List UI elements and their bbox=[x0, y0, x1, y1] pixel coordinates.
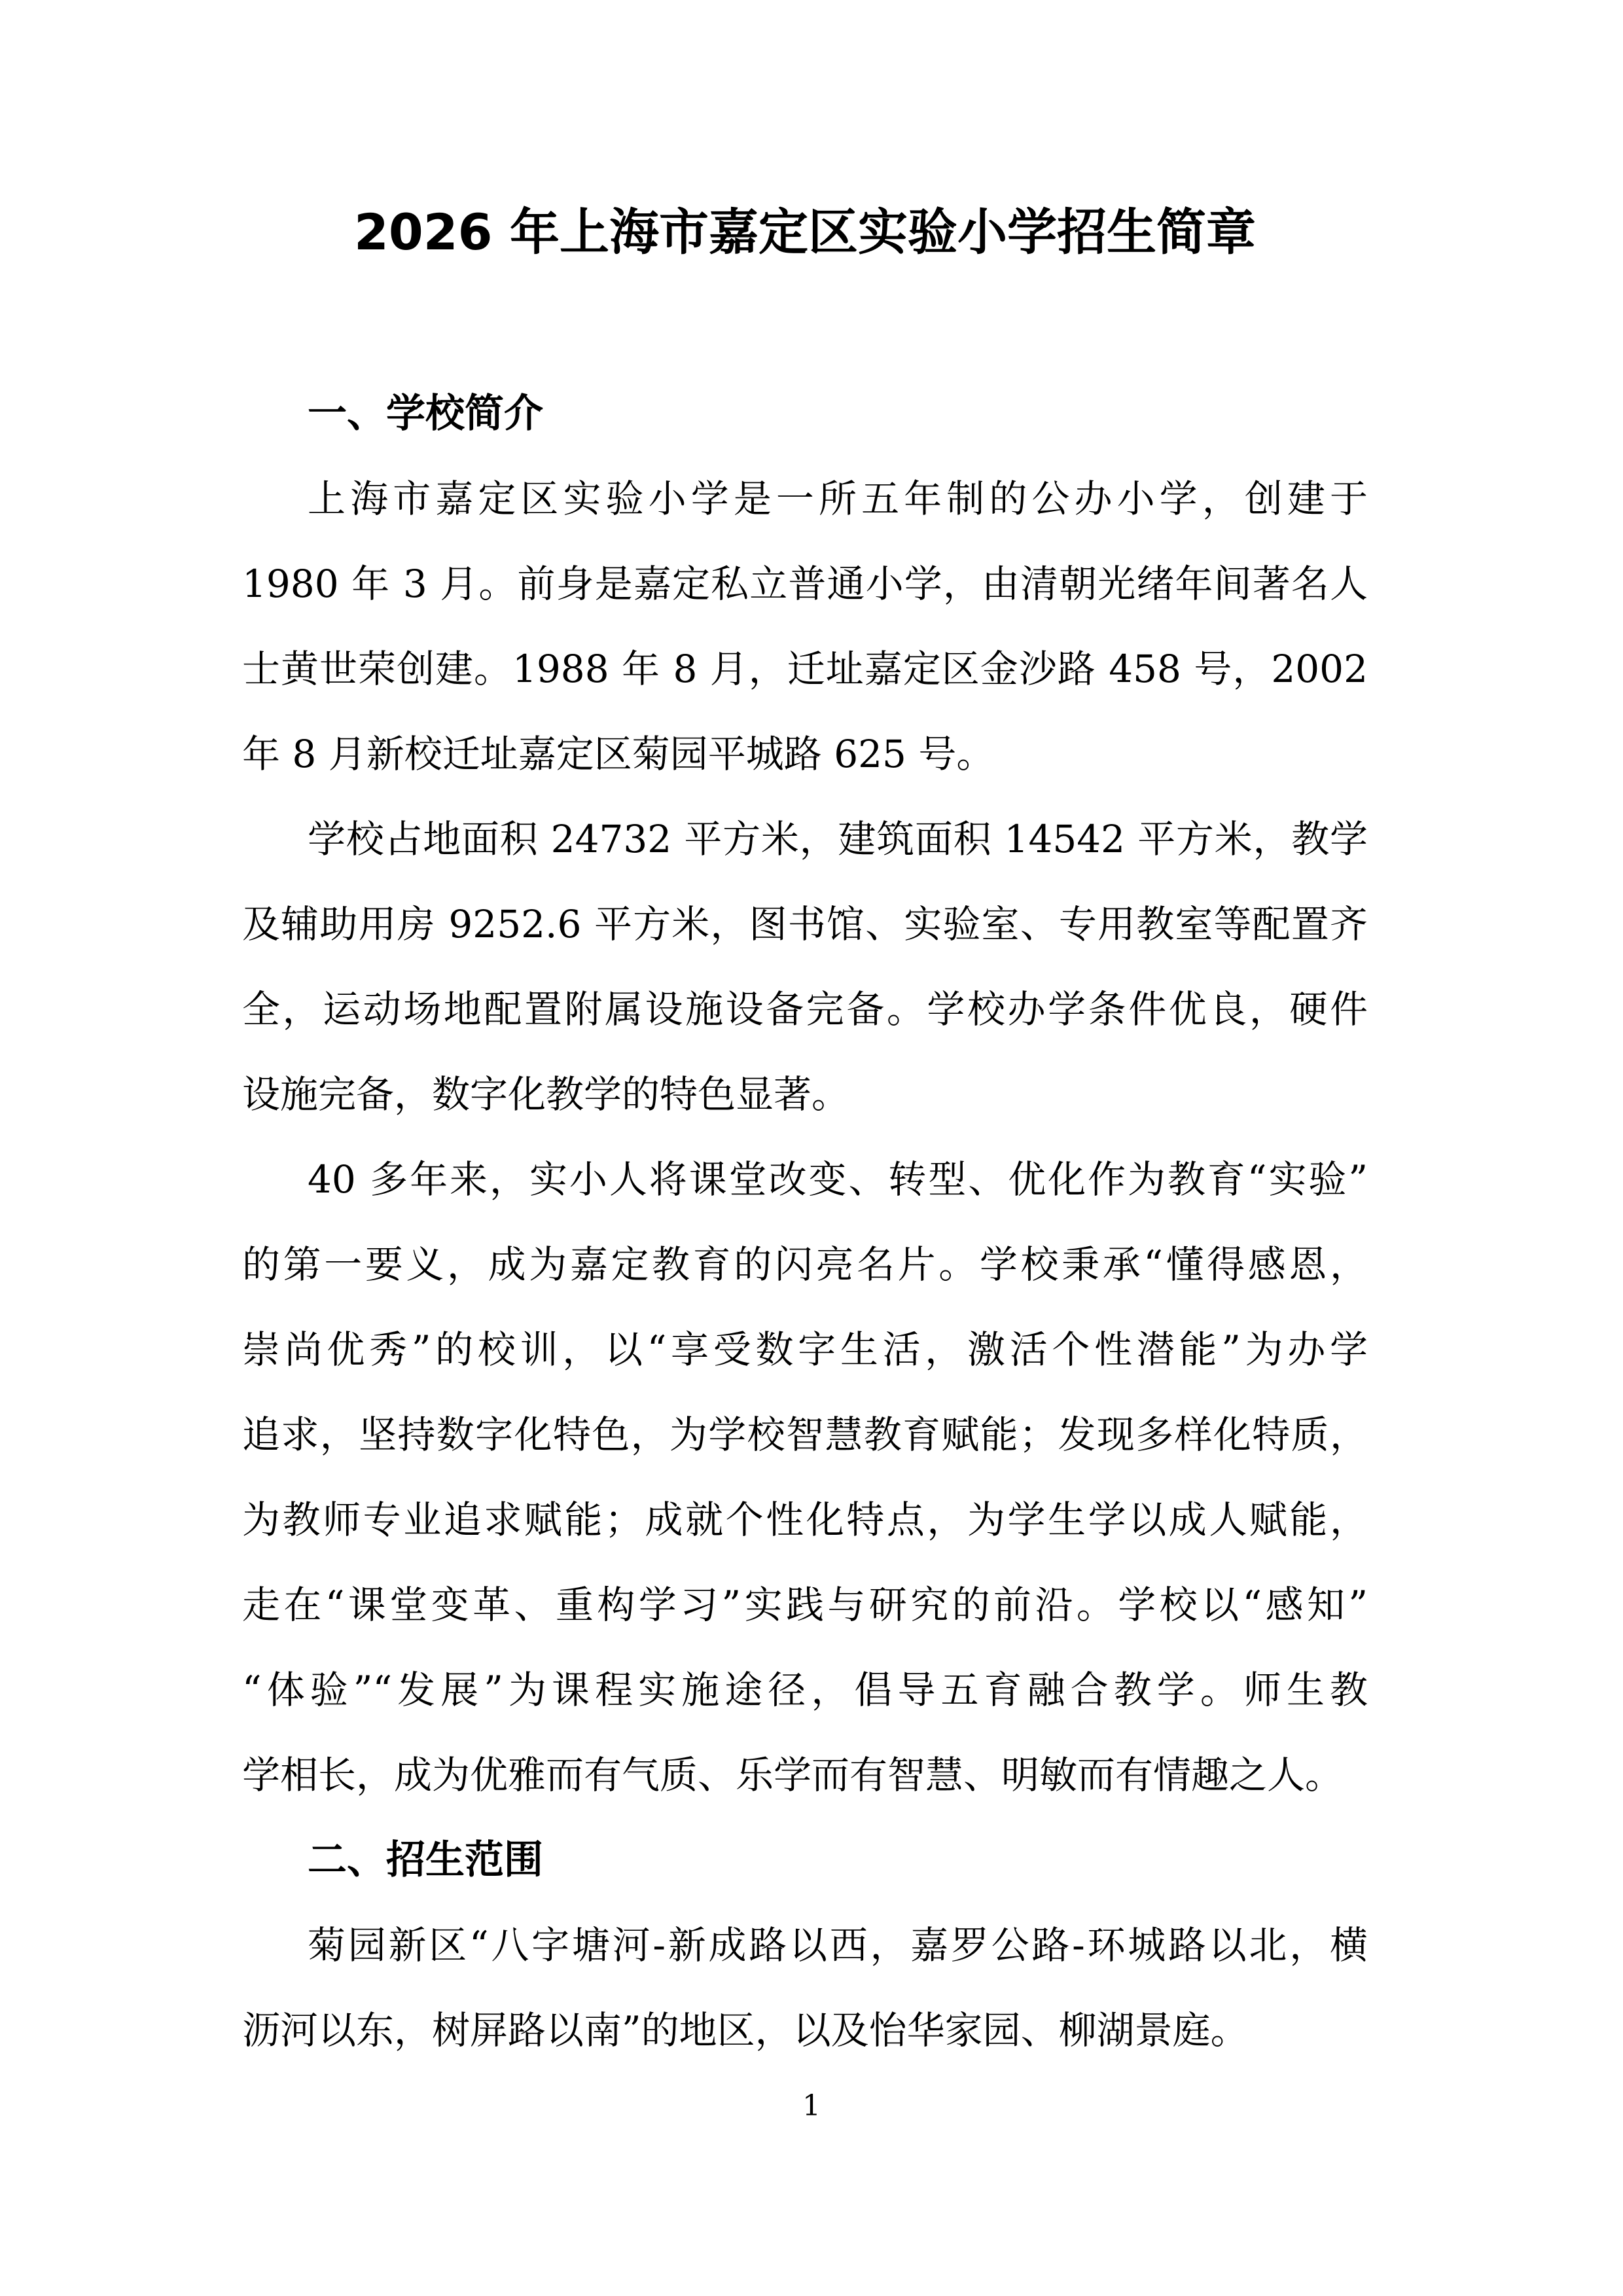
paragraph-school-history: 上海市嘉定区实验小学是一所五年制的公办小学，创建于 1980 年 3 月。前身是… bbox=[242, 456, 1368, 797]
text-line: 及辅助用房 9252.6 平方米，图书馆、实验室、专用教室等配置齐 bbox=[242, 882, 1368, 967]
text-line: 学校占地面积 24732 平方米，建筑面积 14542 平方米，教学 bbox=[242, 797, 1368, 882]
text-line: 走在“课堂变革、重构学习”实践与研究的前沿。学校以“感知” bbox=[242, 1562, 1368, 1647]
document-page: 2026 年上海市嘉定区实验小学招生简章 一、学校简介 上海市嘉定区实验小学是一… bbox=[0, 0, 1623, 2296]
text-line: “体验”“发展”为课程实施途径，倡导五育融合教学。师生教 bbox=[242, 1647, 1368, 1732]
text-line: 设施完备，数字化教学的特色显著。 bbox=[242, 1052, 1368, 1137]
text-line: 上海市嘉定区实验小学是一所五年制的公办小学，创建于 bbox=[242, 456, 1368, 541]
paragraph-education-philosophy: 40 多年来，实小人将课堂改变、转型、优化作为教育“实验” 的第一要义，成为嘉定… bbox=[242, 1137, 1368, 1818]
text-line: 的第一要义，成为嘉定教育的闪亮名片。学校秉承“懂得感恩， bbox=[242, 1222, 1368, 1307]
text-line: 全，运动场地配置附属设施设备完备。学校办学条件优良，硬件 bbox=[242, 967, 1368, 1052]
text-line: 为教师专业追求赋能；成就个性化特点，为学生学以成人赋能， bbox=[242, 1477, 1368, 1562]
document-title: 2026 年上海市嘉定区实验小学招生简章 bbox=[242, 190, 1368, 275]
text-line: 学相长，成为优雅而有气质、乐学而有智慧、明敏而有情趣之人。 bbox=[242, 1732, 1368, 1818]
paragraph-enrollment-area: 菊园新区“八字塘河-新成路以西，嘉罗公路-环城路以北，横 沥河以东，树屏路以南”… bbox=[242, 1903, 1368, 2073]
page-number: 1 bbox=[0, 2064, 1623, 2149]
section-1-heading: 一、学校简介 bbox=[242, 371, 1368, 456]
text-line: 士黄世荣创建。1988 年 8 月，迁址嘉定区金沙路 458 号，2002 bbox=[242, 626, 1368, 711]
section-2-heading: 二、招生范围 bbox=[242, 1818, 1368, 1903]
text-line: 崇尚优秀”的校训，以“享受数字生活，激活个性潜能”为办学 bbox=[242, 1307, 1368, 1392]
text-line: 菊园新区“八字塘河-新成路以西，嘉罗公路-环城路以北，横 bbox=[242, 1903, 1368, 1988]
paragraph-campus-facilities: 学校占地面积 24732 平方米，建筑面积 14542 平方米，教学 及辅助用房… bbox=[242, 797, 1368, 1137]
text-line: 年 8 月新校迁址嘉定区菊园平城路 625 号。 bbox=[242, 711, 1368, 797]
text-line: 追求，坚持数字化特色，为学校智慧教育赋能；发现多样化特质， bbox=[242, 1392, 1368, 1477]
text-line: 1980 年 3 月。前身是嘉定私立普通小学，由清朝光绪年间著名人 bbox=[242, 541, 1368, 626]
text-line: 沥河以东，树屏路以南”的地区，以及怡华家园、柳湖景庭。 bbox=[242, 1988, 1368, 2073]
document-body: 2026 年上海市嘉定区实验小学招生简章 一、学校简介 上海市嘉定区实验小学是一… bbox=[242, 190, 1368, 2073]
text-line: 40 多年来，实小人将课堂改变、转型、优化作为教育“实验” bbox=[242, 1137, 1368, 1222]
